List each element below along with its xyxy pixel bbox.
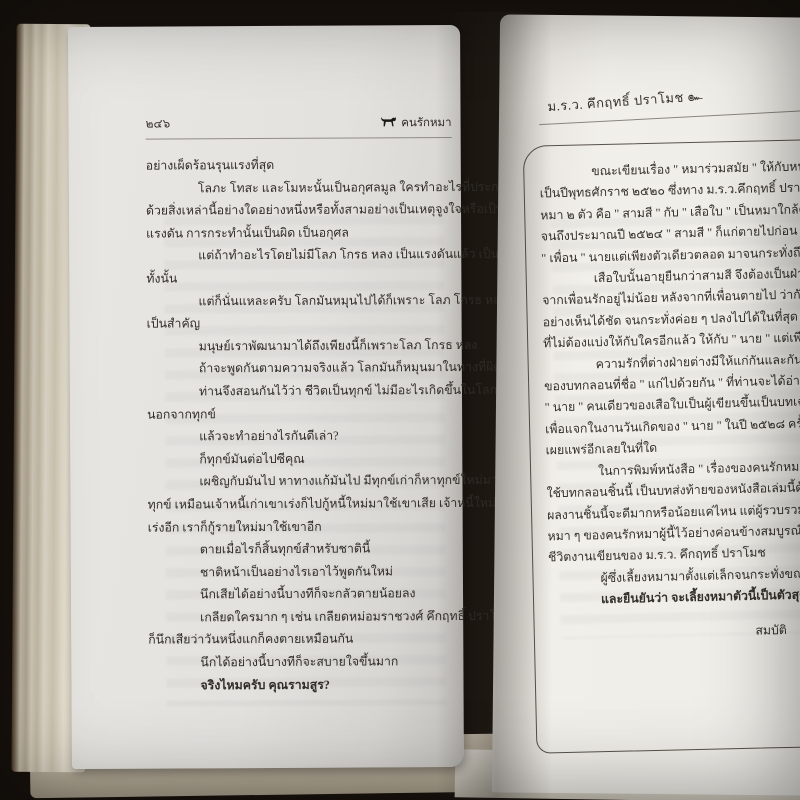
note-box-text: ขณะเขียนเรื่อง " หมาร่วมสมัย " ให้กับหนั… — [539, 156, 800, 612]
text-line: มนุษย์เราพัฒนามาได้ถึงเพียงนี้ก็เพราะโลภ… — [147, 334, 459, 358]
text-line: ก็นึกเสียว่าวันหนึ่งแกก็คงตายเหมือนกัน — [148, 627, 460, 651]
left-header-title: คนรักหมา — [401, 114, 451, 132]
text-line: จริงไหมครับ คุณรามสูร? — [148, 673, 460, 697]
left-page: ๒๔๖ คนรักหมา อย่างเผ็ดร้อนรุนแรงที่สุดโล… — [68, 25, 464, 769]
right-header-title: ม.ร.ว. คึกฤทธิ์ ปราโมช — [547, 90, 684, 114]
text-line: โลภะ โทสะ และโมหะนั้นเป็นอกุศลมูล ใครทำอ… — [146, 176, 458, 200]
text-line: เกลียดใครมาก ๆ เช่น เกลียดหม่อมราชวงศ์ ค… — [148, 605, 460, 629]
text-line: อย่างเผ็ดร้อนรุนแรงที่สุด — [146, 153, 458, 177]
text-line: ก็ทุกข์มันต่อไปซีคุณ — [147, 447, 459, 471]
text-line: แล้วจะทำอย่างไรกันดีเล่า? — [147, 424, 459, 448]
dog-icon — [379, 116, 396, 130]
left-page-text: อย่างเผ็ดร้อนรุนแรงที่สุดโลภะ โทสะ และโม… — [146, 153, 461, 697]
text-line: ทั้งนั้น — [146, 266, 458, 290]
text-line: ถ้าจะพูดกันตามความจริงแล้ว โลกมันก็หมุนม… — [147, 356, 459, 380]
left-running-head: ๒๔๖ คนรักหมา — [146, 113, 452, 135]
text-line: ชาติหน้าเป็นอย่างไรเอาไว้พูดกันใหม่ — [148, 560, 460, 584]
text-line: เผชิญกับมันไป หาทางแก้มันไป มีทุกข์เก่าก… — [147, 469, 459, 493]
text-line: แต่ถ้าทำอะไรโดยไม่มีโลภ โกรธ หลง เป็นแรง… — [146, 243, 458, 267]
page-number: ๒๔๖ — [146, 114, 171, 133]
text-line: นึกเสียได้อย่างนี้บางทีก็จะกลัวตายน้อยลง — [148, 582, 460, 606]
text-line: เร่งอีก เราก็กู้รายใหม่มาใช้เขาอีก — [148, 514, 460, 538]
right-running-head: ม.ร.ว. คึกฤทธิ์ ปราโมช ๛ — [547, 77, 800, 117]
text-line: แรงดัน การกระทำนั้นเป็นผิด เป็นอกุศล — [146, 221, 458, 245]
signature: สมบัติ — [550, 620, 787, 644]
text-line: ตายเมื่อไรก็สิ้นทุกข์สำหรับชาตินี้ — [148, 537, 460, 561]
left-header-rule — [146, 137, 452, 140]
text-line: แต่ก็นั่นแหละครับ โลกมันหมุนไปได้ก็เพราะ… — [146, 289, 458, 313]
text-line: ด้วยสิ่งเหล่านี้อย่างใดอย่างหนึ่งหรือทั้… — [146, 198, 458, 222]
text-line: นึกได้อย่างนี้บางทีก็จะสบายใจขึ้นมาก — [148, 650, 460, 674]
text-line: เป็นสำคัญ — [147, 311, 459, 335]
book-photo: ๒๔๖ คนรักหมา อย่างเผ็ดร้อนรุนแรงที่สุดโล… — [0, 0, 800, 800]
text-line: ท่านจึงสอนกันไว้ว่า ชีวิตเป็นทุกข์ ไม่มี… — [147, 379, 459, 403]
text-line: ทุกข์ เหมือนเจ้าหนี้เก่าเขาเร่งก็ไปกู้หน… — [148, 492, 460, 516]
editors-note-box: ขณะเขียนเรื่อง " หมาร่วมสมัย " ให้กับหนั… — [523, 139, 800, 754]
khomut-ornament-icon: ๛ — [687, 88, 704, 104]
right-page: ม.ร.ว. คึกฤทธิ์ ปราโมช ๛ ขณะเขียนเรื่อง … — [492, 14, 800, 795]
text-line: นอกจากทุกข์ — [147, 402, 459, 426]
left-header-title-group: คนรักหมา — [379, 114, 451, 132]
